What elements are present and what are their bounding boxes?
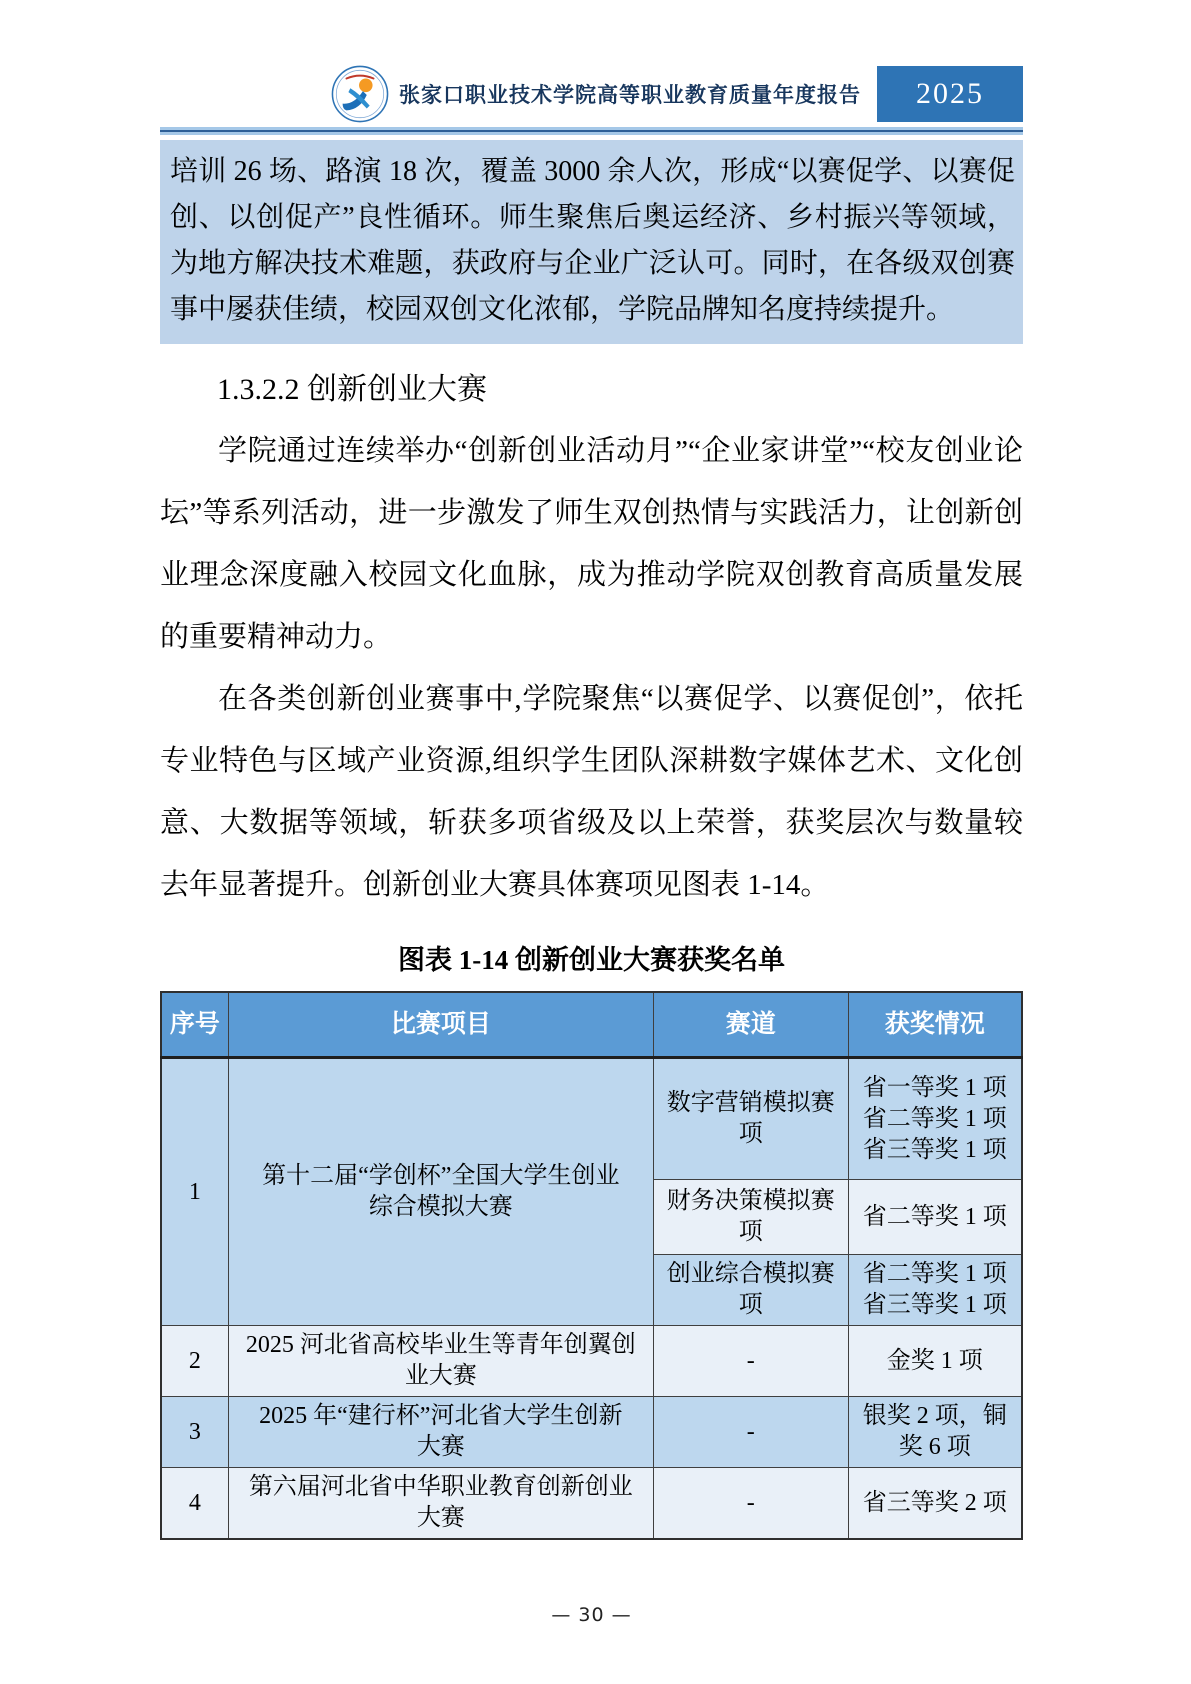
cell-award: 省一等奖 1 项 省二等奖 1 项 省三等奖 1 项 — [848, 1058, 1022, 1180]
highlighted-paragraph: 培训 26 场、路演 18 次，覆盖 3000 余人次，形成“以赛促学、以赛促创… — [160, 140, 1023, 344]
header-divider — [160, 127, 1023, 135]
cell-award: 省三等奖 2 项 — [848, 1468, 1022, 1540]
cell-track: 财务决策模拟赛 项 — [653, 1180, 848, 1255]
table-row: 4 第六届河北省中华职业教育创新创业 大赛 - 省三等奖 2 项 — [161, 1468, 1022, 1540]
cell-award: 银奖 2 项，铜 奖 6 项 — [848, 1397, 1022, 1468]
cell-track: 创业综合模拟赛 项 — [653, 1255, 848, 1326]
report-page: 张家口职业技术学院高等职业教育质量年度报告 2025 培训 26 场、路演 18… — [0, 0, 1191, 1684]
cell-track: - — [653, 1397, 848, 1468]
cell-award: 省二等奖 1 项 省三等奖 1 项 — [848, 1255, 1022, 1326]
header-cell-project: 比赛项目 — [228, 992, 653, 1058]
cell-project: 2025 河北省高校毕业生等青年创翼创 业大赛 — [228, 1326, 653, 1397]
cell-project: 2025 年“建行杯”河北省大学生创新 大赛 — [228, 1397, 653, 1468]
cell-row-number: 1 — [161, 1058, 228, 1326]
body-paragraph-2: 在各类创新创业赛事中,学院聚焦“以赛促学、以赛促创”，依托专业特色与区域产业资源… — [160, 668, 1023, 916]
cell-row-number: 4 — [161, 1468, 228, 1540]
cell-track: 数字营销模拟赛 项 — [653, 1058, 848, 1180]
cell-award: 省二等奖 1 项 — [848, 1180, 1022, 1255]
school-logo-icon — [331, 65, 389, 123]
section-heading: 1.3.2.2 创新创业大赛 — [160, 360, 1023, 420]
cell-row-number: 3 — [161, 1397, 228, 1468]
cell-project: 第十二届“学创杯”全国大学生创业 综合模拟大赛 — [228, 1058, 653, 1326]
cell-project: 第六届河北省中华职业教育创新创业 大赛 — [228, 1468, 653, 1540]
page-footer: — 30 — — [160, 1604, 1023, 1626]
header-cell-award: 获奖情况 — [848, 992, 1022, 1058]
table-caption: 图表 1-14 创新创业大赛获奖名单 — [160, 938, 1023, 977]
cell-track: - — [653, 1468, 848, 1540]
page-header: 张家口职业技术学院高等职业教育质量年度报告 2025 — [160, 64, 1023, 124]
table-row: 1 第十二届“学创杯”全国大学生创业 综合模拟大赛 数字营销模拟赛 项 省一等奖… — [161, 1058, 1022, 1180]
page-number: — 30 — — [551, 1604, 631, 1626]
header-cell-no: 序号 — [161, 992, 228, 1058]
year-badge: 2025 — [877, 66, 1023, 122]
header-cell-track: 赛道 — [653, 992, 848, 1058]
body-paragraph-1: 学院通过连续举办“创新创业活动月”“企业家讲堂”“校友创业论坛”等系列活动，进一… — [160, 420, 1023, 668]
cell-row-number: 2 — [161, 1326, 228, 1397]
awards-table: 序号 比赛项目 赛道 获奖情况 1 第十二届“学创杯”全国大学生创业 综合模拟大… — [160, 991, 1023, 1540]
header-title: 张家口职业技术学院高等职业教育质量年度报告 — [399, 79, 861, 109]
table-row: 2 2025 河北省高校毕业生等青年创翼创 业大赛 - 金奖 1 项 — [161, 1326, 1022, 1397]
cell-track: - — [653, 1326, 848, 1397]
cell-award: 金奖 1 项 — [848, 1326, 1022, 1397]
table-row: 3 2025 年“建行杯”河北省大学生创新 大赛 - 银奖 2 项，铜 奖 6 … — [161, 1397, 1022, 1468]
table-header-row: 序号 比赛项目 赛道 获奖情况 — [161, 992, 1022, 1058]
